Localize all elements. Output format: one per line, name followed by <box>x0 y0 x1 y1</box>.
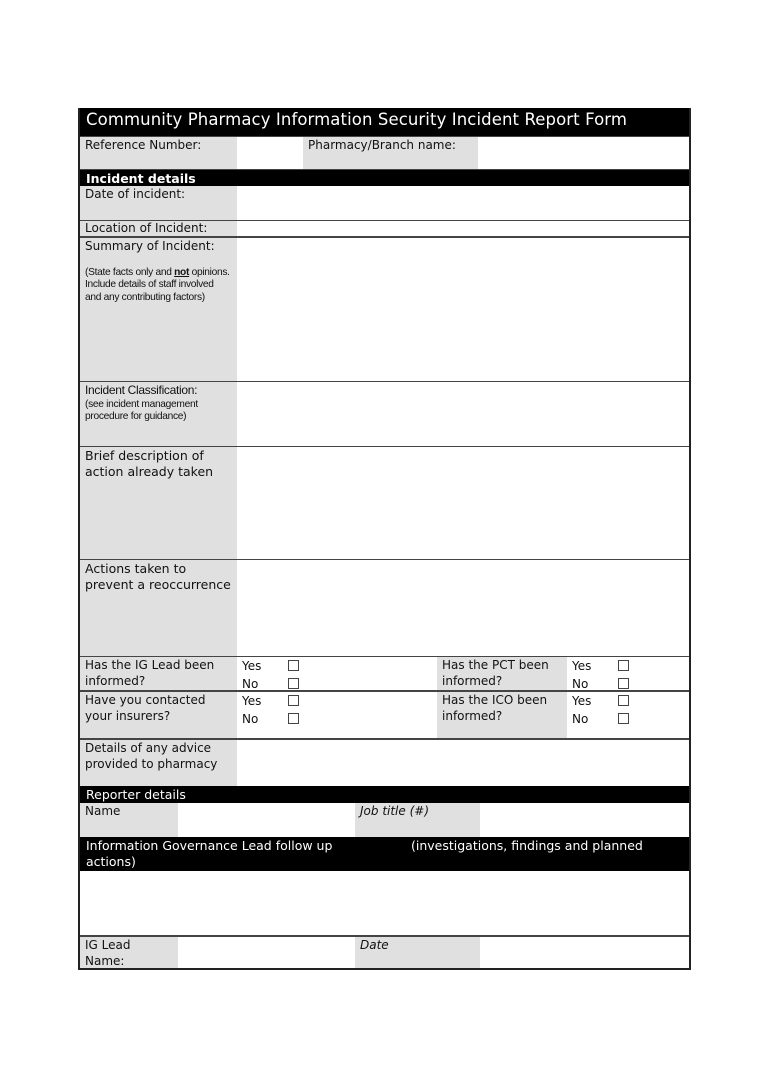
ig-followup-heading-wrap: actions) <box>86 854 332 870</box>
pct-answer: Yes No <box>567 657 689 690</box>
reference-number-label: Reference Number: <box>80 137 237 169</box>
incident-details-heading: Incident details <box>80 169 689 186</box>
signoff-date-label: Date <box>355 937 480 968</box>
ig-lead-yes-label: Yes <box>242 659 288 675</box>
insurers-answer: Yes No <box>237 692 437 738</box>
location-label: Location of Incident: <box>80 221 237 236</box>
ico-answer: Yes No <box>567 692 689 738</box>
ico-no-checkbox[interactable] <box>618 713 629 724</box>
insurers-ico-row: Have you contacted your insurers? Yes No… <box>80 690 689 738</box>
pct-no-checkbox[interactable] <box>618 678 629 689</box>
advice-field[interactable] <box>237 740 689 786</box>
reporter-details-heading-text: Reporter details <box>86 786 186 803</box>
insurers-question-label: Have you contacted your insurers? <box>80 692 237 738</box>
summary-row: Summary of Incident: (State facts only a… <box>80 236 689 381</box>
location-row: Location of Incident: <box>80 220 689 236</box>
ig-lead-pct-row: Has the IG Lead been informed? Yes No Ha… <box>80 656 689 690</box>
action-taken-label: Brief description of action already take… <box>80 447 237 559</box>
ig-lead-yes-checkbox[interactable] <box>288 660 299 671</box>
action-taken-row: Brief description of action already take… <box>80 446 689 559</box>
ig-lead-question-label: Has the IG Lead been informed? <box>80 657 237 690</box>
reporter-details-heading: Reporter details <box>80 786 689 803</box>
signoff-date-field[interactable] <box>480 937 689 968</box>
summary-label: Summary of Incident: <box>85 239 232 255</box>
ico-no-label: No <box>572 712 618 728</box>
prevent-reoccurrence-field[interactable] <box>237 560 689 656</box>
ico-yes-checkbox[interactable] <box>618 695 629 706</box>
ig-followup-row <box>80 871 689 935</box>
ig-followup-heading: Information Governance Lead follow up (i… <box>80 837 689 871</box>
classification-note: (see incident management procedure for g… <box>85 399 232 424</box>
action-taken-field[interactable] <box>237 447 689 559</box>
incident-report-form: Community Pharmacy Information Security … <box>78 108 691 970</box>
advice-label: Details of any advice provided to pharma… <box>80 740 237 786</box>
date-of-incident-row: Date of incident: <box>80 186 689 220</box>
pct-question-label: Has the PCT been informed? <box>437 657 567 690</box>
pharmacy-branch-name-label: Pharmacy/Branch name: <box>303 137 478 169</box>
form-title: Community Pharmacy Information Security … <box>80 108 689 136</box>
ig-followup-field[interactable] <box>80 871 689 935</box>
ig-lead-name-field[interactable] <box>178 937 355 968</box>
reporter-row: Name Job title (#) <box>80 803 689 837</box>
reporter-name-field[interactable] <box>178 803 355 837</box>
summary-field[interactable] <box>237 238 689 381</box>
prevent-reoccurrence-label: Actions taken to prevent a reoccurrence <box>80 560 237 656</box>
reporter-name-label: Name <box>80 803 178 837</box>
pharmacy-branch-name-field[interactable] <box>478 137 689 169</box>
date-of-incident-label: Date of incident: <box>80 186 237 220</box>
summary-label-cell: Summary of Incident: (State facts only a… <box>80 238 237 381</box>
pct-yes-checkbox[interactable] <box>618 660 629 671</box>
ig-followup-heading-left: Information Governance Lead follow up <box>86 838 332 853</box>
pct-yes-label: Yes <box>572 659 618 675</box>
job-title-field[interactable] <box>480 803 689 837</box>
classification-label-cell: Incident Classification: (see incident m… <box>80 382 237 446</box>
job-title-label: Job title (#) <box>355 803 480 837</box>
insurers-yes-label: Yes <box>242 694 288 710</box>
ico-yes-label: Yes <box>572 694 618 710</box>
insurers-no-label: No <box>242 712 288 728</box>
date-of-incident-field[interactable] <box>237 186 689 220</box>
incident-details-heading-text: Incident details <box>86 170 196 186</box>
reference-row: Reference Number: Pharmacy/Branch name: <box>80 136 689 169</box>
classification-row: Incident Classification: (see incident m… <box>80 381 689 446</box>
ig-lead-signoff-row: IG Lead Name: Date <box>80 935 689 968</box>
ig-followup-heading-right: (investigations, findings and planned <box>411 838 643 854</box>
advice-row: Details of any advice provided to pharma… <box>80 738 689 786</box>
location-field[interactable] <box>237 221 689 236</box>
prevent-reoccurrence-row: Actions taken to prevent a reoccurrence <box>80 559 689 656</box>
summary-note-emphasis: not <box>174 267 189 278</box>
insurers-no-checkbox[interactable] <box>288 713 299 724</box>
classification-field[interactable] <box>237 382 689 446</box>
reference-number-field[interactable] <box>237 137 303 169</box>
form-title-text: Community Pharmacy Information Security … <box>86 110 627 134</box>
classification-label: Incident Classification: <box>85 383 232 399</box>
ig-lead-no-checkbox[interactable] <box>288 678 299 689</box>
ig-lead-answer: Yes No <box>237 657 437 690</box>
ig-lead-name-label: IG Lead Name: <box>80 937 178 968</box>
insurers-yes-checkbox[interactable] <box>288 695 299 706</box>
summary-note-pre: (State facts only and <box>85 267 174 278</box>
summary-note: (State facts only and not opinions. Incl… <box>85 267 232 305</box>
ico-question-label: Has the ICO been informed? <box>437 692 567 738</box>
